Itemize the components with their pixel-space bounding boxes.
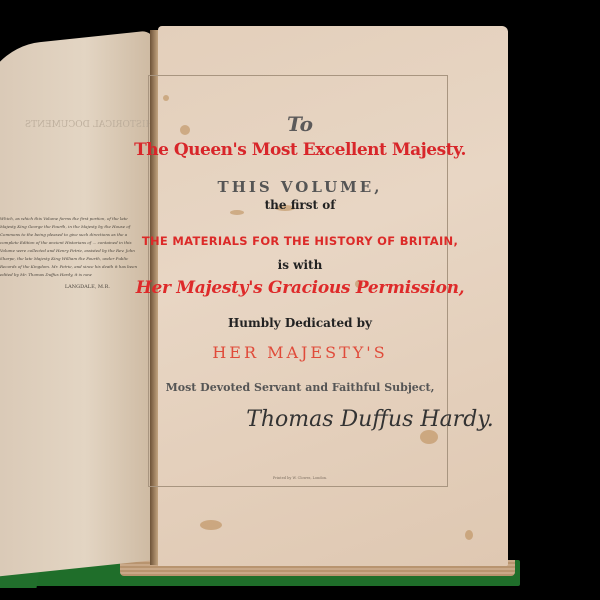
dedication-to: To xyxy=(0,112,600,136)
dedication-materials-title: THE MATERIALS FOR THE HISTORY OF BRITAIN… xyxy=(0,234,600,248)
dedication-servant: Most Devoted Servant and Faithful Subjec… xyxy=(0,381,600,394)
signature: Thomas Duffus Hardy. xyxy=(70,407,600,432)
dedication-is-with: is with xyxy=(0,258,600,272)
dedication-her-majestys: HER MAJESTY'S xyxy=(0,343,600,362)
dedication-permission: Her Majesty's Gracious Permission, xyxy=(0,278,600,298)
printer-line: Printed by W. Clowes, London. xyxy=(0,476,600,480)
dedication-first-of: the first of xyxy=(0,198,600,212)
dedication-queen: The Queen's Most Excellent Majesty. xyxy=(0,140,600,160)
dedication-humbly: Humbly Dedicated by xyxy=(0,316,600,330)
book-photo: HISTORICAL DOCUMENTS Which, as which thi… xyxy=(0,0,600,600)
dedication-this-volume: THIS VOLUME, xyxy=(0,178,600,196)
